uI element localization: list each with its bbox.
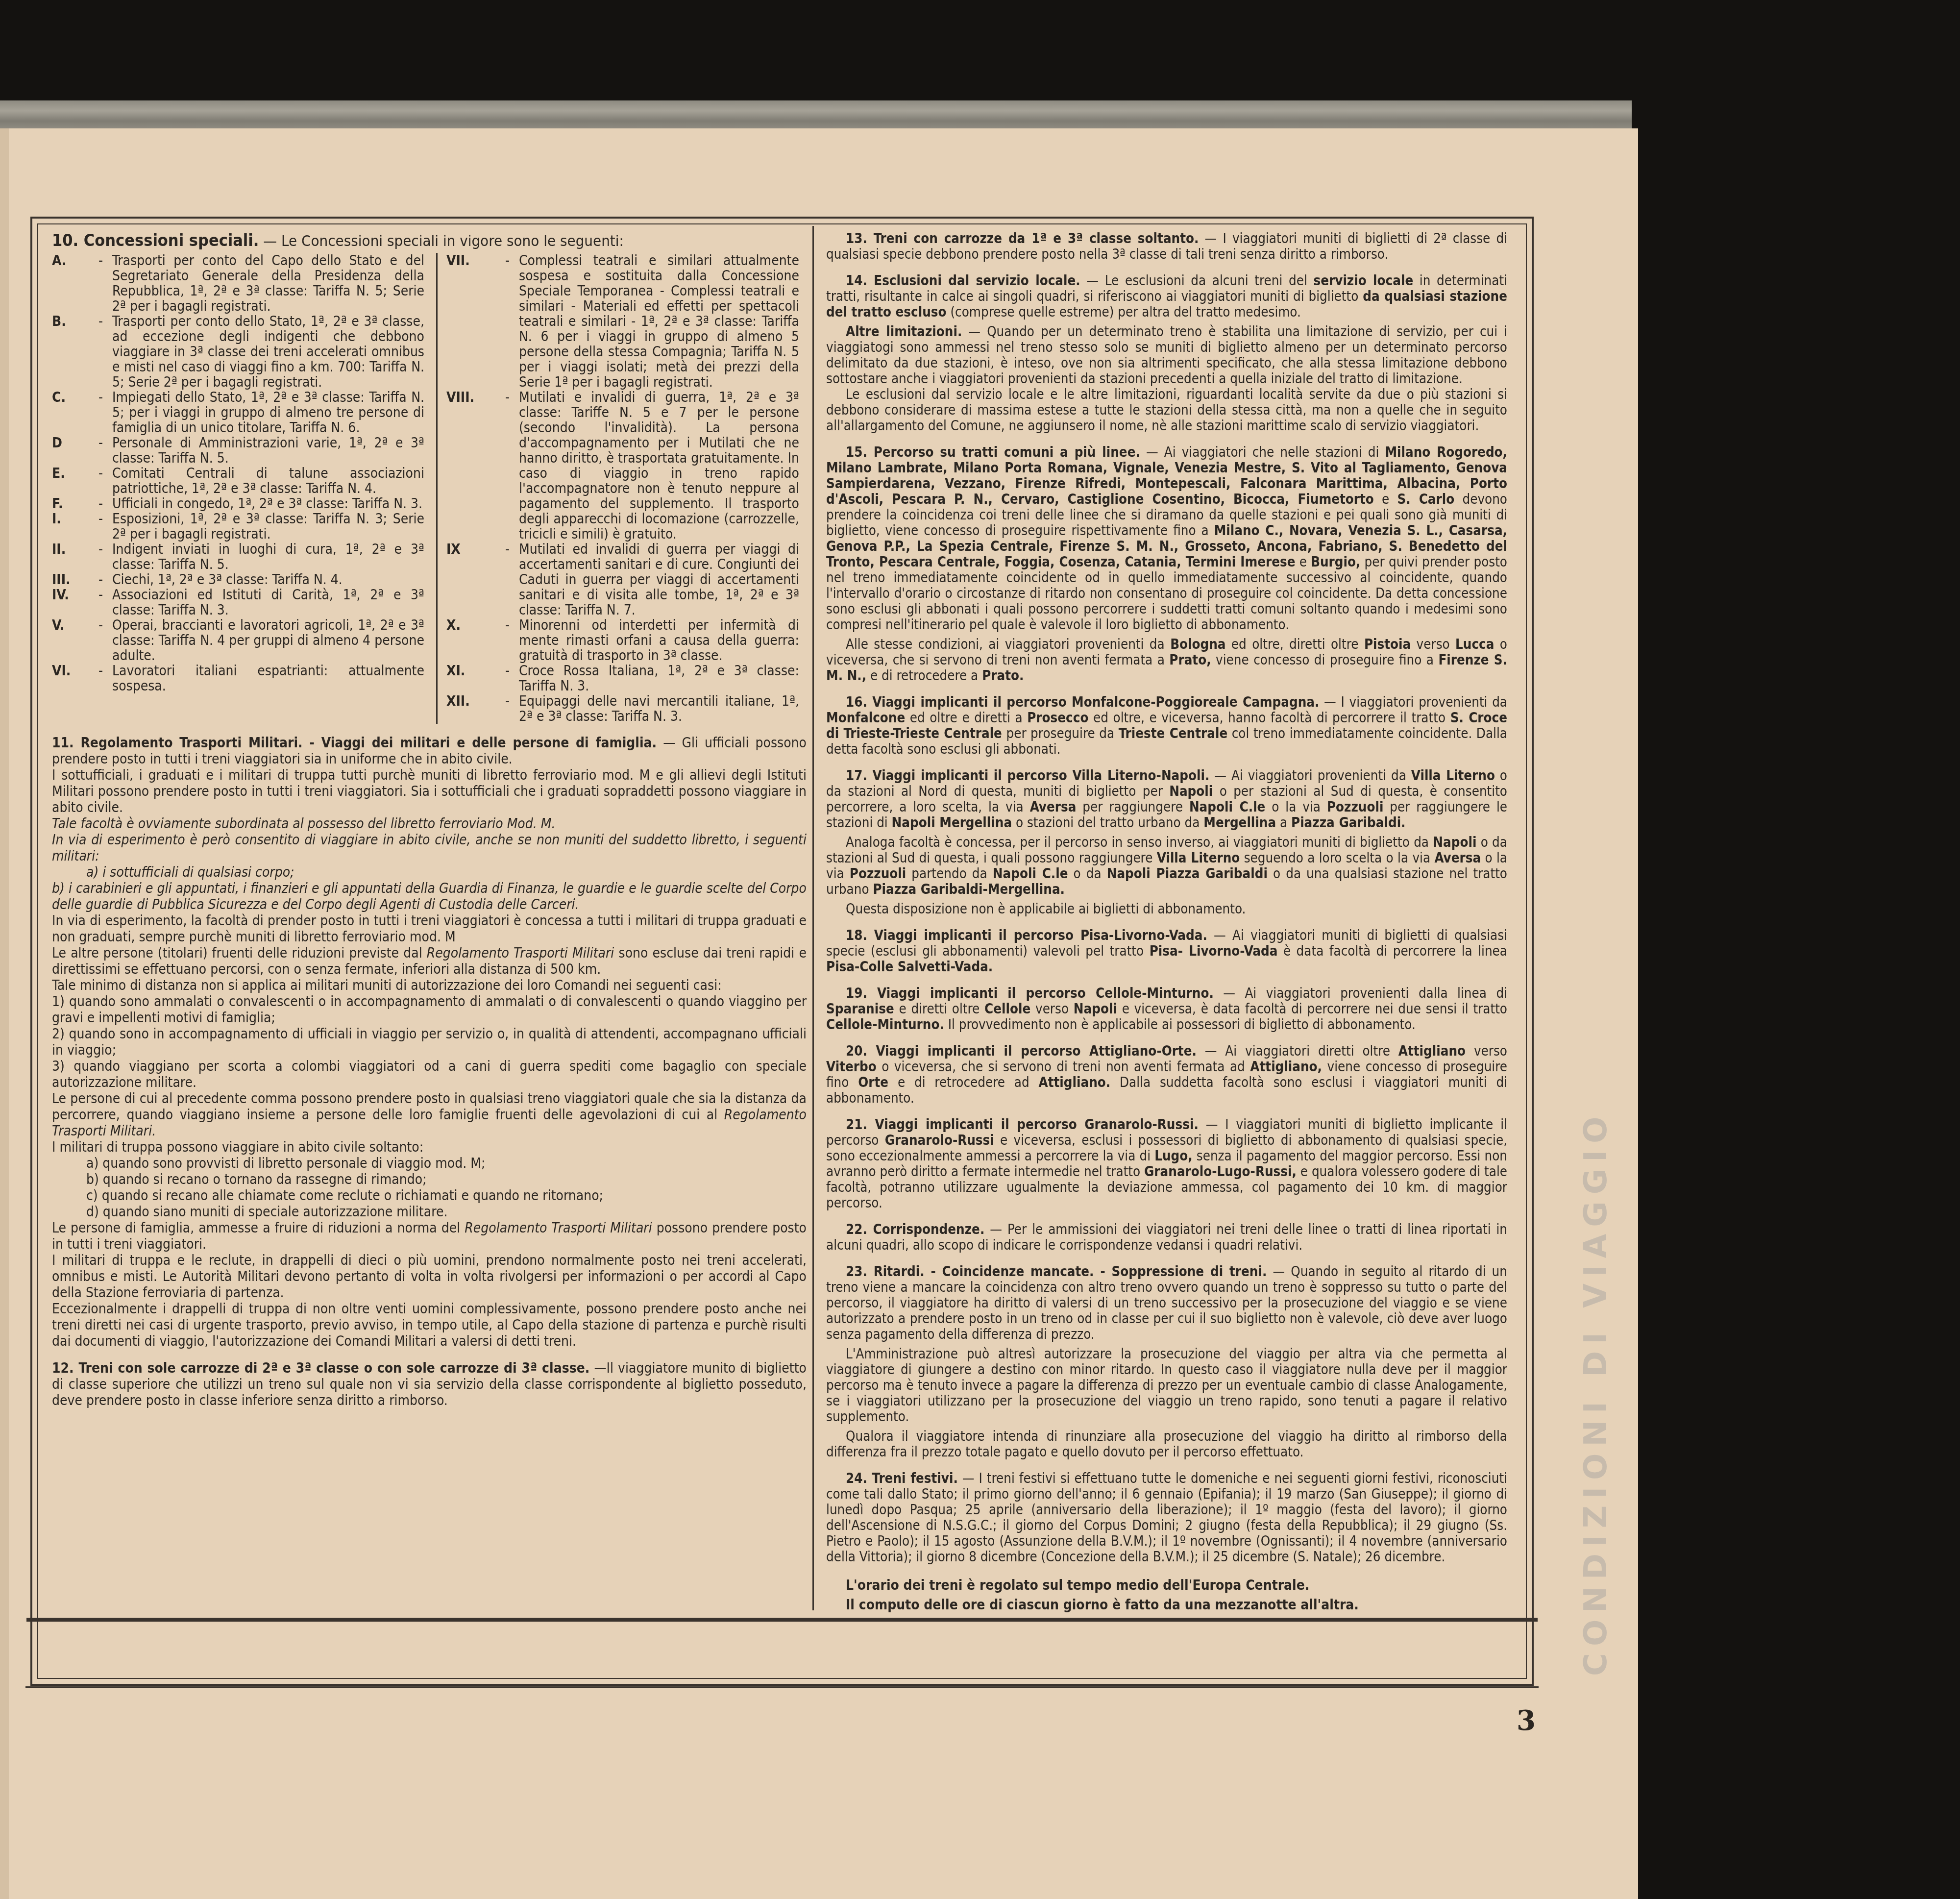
text-bold: S. Carlo [1397,492,1455,507]
text: e viceversa, è data facoltà di percorrer… [1117,1001,1507,1017]
section-15-p2: Alle stesse condizioni, ai viaggiatori p… [826,637,1507,684]
text-bold: Viterbo [826,1059,877,1075]
item-key: X. [446,617,505,663]
item-key: VIII. [446,390,505,542]
item-key: II. [52,542,98,572]
section-11-p10: Le persone di famiglia, ammesse a fruire… [52,1220,807,1252]
item-key: A. [52,253,98,314]
text: — I viaggiatori provenienti da [1324,694,1507,710]
text-bold: Mergellina [1203,815,1276,831]
text: ed oltre, diretti oltre [1225,637,1364,652]
text-bold: Piazza Garibaldi. [1291,815,1406,831]
section-20: 20. Viaggi implicanti il percorso Attigl… [826,1043,1507,1106]
text: — Ai viaggiatori provenienti dalla linea… [1223,986,1507,1001]
item-key: VI. [52,663,98,693]
item-text: Operai, braccianti e lavoratori agricoli… [112,617,424,663]
item-dash: - [505,617,519,663]
text: Alle stesse condizioni, ai viaggiatori p… [846,637,1170,652]
item-dash: - [505,542,519,617]
item-key: F. [52,496,98,511]
spacer [826,1460,1507,1471]
text: a [1276,815,1291,831]
section-11-title: 11. Regolamento Trasporti Militari. - Vi… [52,735,657,751]
concessions-list: A.-Trasporti per conto del Capo dello St… [52,253,807,724]
text: ed oltre, e viceversa, hanno facoltà di … [1088,710,1450,726]
item-key: D [52,435,98,466]
frame-bottom-double-rule [25,1686,1539,1691]
text: e [1374,492,1397,507]
concession-item: A.-Trasporti per conto del Capo dello St… [52,253,424,314]
section-21-title: 21. Viaggi implicanti il percorso Granar… [846,1117,1199,1133]
section-11-p4a: a) i sottufficiali di qualsiasi corpo; [52,864,807,880]
section-22: 22. Corrispondenze. — Per le ammissioni … [826,1222,1507,1253]
item-key: I. [52,511,98,542]
item-dash: - [98,253,112,314]
text: seguendo a loro scelta o la via [1240,850,1434,866]
text: o stazioni del tratto urbano da [1012,815,1203,831]
section-22-title: 22. Corrispondenze. [846,1222,984,1237]
text-bold: Orte [858,1075,888,1090]
text: o la via [1265,799,1326,815]
section-11-p9c: c) quando si recano alle chiamate come r… [52,1187,807,1204]
spacer [826,262,1507,273]
section-11-case-3: 3) quando viaggiano per scorta a colombi… [52,1058,807,1090]
text-bold: Pozzuoli [1327,799,1383,815]
spacer [52,724,807,735]
text-bold: Napoli Mergellina [892,815,1012,831]
text: Il provvedimento non è applicabile ai po… [944,1017,1416,1033]
concession-item: D-Personale di Amministrazioni varie, 1ª… [52,435,424,466]
concessions-right: VII.-Complessi teatrali e similari attua… [436,253,799,724]
section-18-title: 18. Viaggi implicanti il percorso Pisa-L… [846,928,1207,943]
text-bold: Granarolo-Russi [885,1133,994,1148]
section-24: 24. Treni festivi. — I treni festivi si … [826,1471,1507,1565]
text: viene concesso di proseguire fino a [1211,652,1439,668]
text: verso [1030,1001,1074,1017]
section-11-p2: I sottufficiali, i graduati e i militari… [52,767,807,815]
item-key: VII. [446,253,505,390]
item-text: Equipaggi delle navi mercantili italiane… [519,693,799,724]
concession-item: XII.-Equipaggi delle navi mercantili ita… [446,693,799,724]
section-11-p7: Tale minimo di distanza non si applica a… [52,977,807,993]
spacer [52,1349,807,1360]
item-key: B. [52,314,98,390]
concession-item: VI.-Lavoratori italiani espatrianti: att… [52,663,424,693]
item-dash: - [505,693,519,724]
item-text: Indigent inviati in luoghi di cura, 1ª, … [112,542,424,572]
text-bold: Cellole [984,1001,1030,1017]
text-bold: Monfalcone [826,710,905,726]
closing-line-1: L'orario dei treni è regolato sul tempo … [826,1576,1507,1595]
section-11-p4b: b) i carabinieri e gli appuntati, i fina… [52,880,807,913]
section-17-title: 17. Viaggi implicanti il percorso Villa … [846,768,1209,784]
text-bold: Napoli [1074,1001,1117,1017]
text-bold: Villa Literno [1411,768,1495,784]
section-23: 23. Ritardi. - Coincidenze mancate. - So… [826,1264,1507,1342]
text: e di retrocedere ad [888,1075,1038,1090]
altre-limitazioni: Altre limitazioni. — Quando per un deter… [826,324,1507,387]
text: (comprese quelle estreme) per altra del … [947,304,1301,320]
text-bold: Prato, [1169,652,1211,668]
item-text: Ciechi, 1ª, 2ª e 3ª classe: Tariffa N. 4… [112,572,424,587]
section-14: 14. Esclusioni dal servizio locale. — Le… [826,273,1507,320]
text: ed oltre e diretti a [905,710,1027,726]
spacer [826,684,1507,694]
section-11-p3: Tale facoltà è ovviamente subordinata al… [52,815,807,832]
text-bold: Pozzuoli [850,866,906,882]
text-bold: Attigliano, [1250,1059,1322,1075]
text: — Le esclusioni da alcuni treni del [1086,273,1313,289]
item-dash: - [98,587,112,617]
text: o da [1068,866,1106,882]
concession-item: VII.-Complessi teatrali e similari attua… [446,253,799,390]
text: è data facoltà di percorrere la linea [1277,943,1507,959]
item-dash: - [98,314,112,390]
text-bold: Sparanise [826,1001,894,1017]
text-bold: Villa Literno [1157,850,1240,866]
item-text: Minorenni od interdetti per infermità di… [519,617,799,663]
text: e diretti oltre [894,1001,984,1017]
text-bold: Bologna [1170,637,1225,652]
text-bold: Attigliano [1398,1043,1466,1059]
section-23-p3: Qualora il viaggiatore intenda di rinunz… [826,1429,1507,1460]
section-11-case-2: 2) quando sono in accompagnamento di uff… [52,1026,807,1058]
section-11-p9: I militari di truppa possono viaggiare i… [52,1139,807,1155]
text: verso [1411,637,1455,652]
item-dash: - [98,617,112,663]
text-bold: Cellole-Minturno. [826,1017,944,1033]
spacer [826,917,1507,928]
concession-item: VIII.-Mutilati e invalidi di guerra, 1ª,… [446,390,799,542]
text-bold: Pistoia [1364,637,1411,652]
text: e [1295,554,1311,570]
spacer [826,1033,1507,1043]
page-number: 3 [1517,1704,1536,1737]
item-text: Impiegati dello Stato, 1ª, 2ª e 3ª class… [112,390,424,435]
item-text: Mutilati ed invalidi di guerra per viagg… [519,542,799,617]
item-text: Trasporti per conto dello Stato, 1ª, 2ª … [112,314,424,390]
text: per raggiungere [1076,799,1189,815]
bottom-rule [26,1618,1538,1622]
section-11-p12: Eccezionalmente i drappelli di truppa di… [52,1301,807,1349]
section-15: 15. Percorso su tratti comuni a più line… [826,444,1507,633]
closing-line-2: Il computo delle ore di ciascun giorno è… [826,1595,1507,1615]
section-11-p5: In via di esperimento, la facoltà di pre… [52,913,807,945]
section-11-p8: Le persone di cui al precedente comma po… [52,1090,807,1139]
concession-item: XI.-Croce Rossa Italiana, 1ª, 2ª e 3ª cl… [446,663,799,693]
altre-limitazioni-title: Altre limitazioni. [846,324,962,340]
spacer [826,1253,1507,1264]
spacer [826,434,1507,444]
section-16: 16. Viaggi implicanti il percorso Monfal… [826,694,1507,757]
spacer [826,757,1507,768]
section-11: 11. Regolamento Trasporti Militari. - Vi… [52,735,807,1349]
section-11-case-1: 1) quando sono ammalati o convalescenti … [52,993,807,1026]
item-key: E. [52,466,98,496]
section-23-title: 23. Ritardi. - Coincidenze mancate. - So… [846,1264,1267,1280]
concession-item: E.-Comitati Centrali di talune associazi… [52,466,424,496]
section-10-title: 10. Concessioni speciali. [52,231,259,250]
concessions-left: A.-Trasporti per conto del Capo dello St… [52,253,424,724]
item-dash: - [98,466,112,496]
section-19: 19. Viaggi implicanti il percorso Cellol… [826,986,1507,1033]
text: — Ai viaggiatori diretti oltre [1205,1043,1398,1059]
section-11-p11: I militari di truppa e le reclute, in dr… [52,1252,807,1301]
left-column: 10. Concessioni speciali. — Le Concessio… [52,231,807,1408]
section-13: 13. Treni con carrozze da 1ª e 3ª classe… [826,231,1507,262]
item-text: Mutilati e invalidi di guerra, 1ª, 2ª e … [519,390,799,542]
text: verso [1466,1043,1507,1059]
text-bold: Aversa [1030,799,1077,815]
text-bold: Napoli C.le [993,866,1068,882]
item-text: Esposizioni, 1ª, 2ª e 3ª classe: Tariffa… [112,511,424,542]
section-17-p2: Analoga facoltà è concessa, per il perco… [826,835,1507,897]
item-dash: - [98,496,112,511]
bleed-through-text: CONDIZIONI DI VIAGGIO [1578,255,1607,1676]
spacer [826,975,1507,986]
section-10-heading: 10. Concessioni speciali. — Le Concessio… [52,231,807,251]
text-italic: Regolamento Trasporti Militari [465,1220,652,1236]
item-text: Comitati Centrali di talune associazioni… [112,466,424,496]
book-background [1638,128,1960,1899]
text-bold: Trieste Centrale [1119,726,1228,741]
section-15-title: 15. Percorso su tratti comuni a più line… [846,444,1140,460]
section-10-intro: — Le Concessioni speciali in vigore sono… [263,232,624,250]
text-bold: Napoli [1169,784,1213,799]
spacer [826,1106,1507,1117]
item-dash: - [98,663,112,693]
text-bold: Napoli Piazza Garibaldi [1107,866,1268,882]
text: per proseguire da [1002,726,1119,741]
concession-item: V.-Operai, braccianti e lavoratori agric… [52,617,424,663]
section-12-title: 12. Treni con sole carrozze di 2ª e 3ª c… [52,1360,589,1376]
text-bold: Aversa [1434,850,1481,866]
text-bold: Pisa-Colle Salvetti-Vada. [826,959,993,975]
section-11-p9a: a) quando sono provvisti di libretto per… [52,1155,807,1171]
text-bold: Prato. [982,668,1024,684]
item-dash: - [98,390,112,435]
concession-item: X.-Minorenni od interdetti per infermità… [446,617,799,663]
item-text: Associazioni ed Istituti di Carità, 1ª, … [112,587,424,617]
item-key: III. [52,572,98,587]
spacer [826,1565,1507,1576]
concession-item: IV.-Associazioni ed Istituti di Carità, … [52,587,424,617]
item-text: Lavoratori italiani espatrianti: attualm… [112,663,424,693]
item-text: Personale di Amministrazioni varie, 1ª, … [112,435,424,466]
item-text: Ufficiali in congedo, 1ª, 2ª e 3ª classe… [112,496,424,511]
concession-item: III.-Ciechi, 1ª, 2ª e 3ª classe: Tariffa… [52,572,424,587]
item-dash: - [98,542,112,572]
item-key: C. [52,390,98,435]
section-19-title: 19. Viaggi implicanti il percorso Cellol… [846,986,1214,1001]
section-20-title: 20. Viaggi implicanti il percorso Attigl… [846,1043,1197,1059]
section-17: 17. Viaggi implicanti il percorso Villa … [826,768,1507,831]
item-dash: - [98,511,112,542]
section-12: 12. Treni con sole carrozze di 2ª e 3ª c… [52,1360,807,1408]
section-13-title: 13. Treni con carrozze da 1ª e 3ª classe… [846,231,1199,247]
section-18: 18. Viaggi implicanti il percorso Pisa-L… [826,928,1507,975]
text: e di retrocedere a [866,668,982,684]
text-bold: Napoli [1433,835,1476,850]
section-21: 21. Viaggi implicanti il percorso Granar… [826,1117,1507,1211]
text: partendo da [906,866,993,882]
item-key: XII. [446,693,505,724]
text-bold: Attigliano. [1039,1075,1111,1090]
item-dash: - [98,572,112,587]
text-frame: 10. Concessioni speciali. — Le Concessio… [30,217,1534,1686]
section-14-title: 14. Esclusioni dal servizio locale. [846,273,1080,289]
section-23-p2: L'Amministrazione può altresì autorizzar… [826,1346,1507,1425]
item-text: Trasporti per conto del Capo dello Stato… [112,253,424,314]
concession-item: C.-Impiegati dello Stato, 1ª, 2ª e 3ª cl… [52,390,424,435]
text-bold: Piazza Garibaldi-Mergellina. [873,882,1065,897]
text: Analoga facoltà è concessa, per il perco… [846,835,1433,850]
item-key: IV. [52,587,98,617]
concession-item: II.-Indigent inviati in luoghi di cura, … [52,542,424,572]
text: — Ai viaggiatori che nelle stazioni di [1146,444,1385,460]
section-24-title: 24. Treni festivi. [846,1471,958,1486]
item-dash: - [505,663,519,693]
text-bold: Burgio, [1311,554,1360,570]
item-key: V. [52,617,98,663]
text-bold: Lugo, [1154,1148,1193,1164]
text-bold: Lucca [1455,637,1494,652]
concession-item: IX-Mutilati ed invalidi di guerra per vi… [446,542,799,617]
section-11-p9b: b) quando si recano o tornano da rassegn… [52,1171,807,1187]
item-text: Croce Rossa Italiana, 1ª, 2ª e 3ª classe… [519,663,799,693]
text: o viceversa, che si servono di treni non… [877,1059,1250,1075]
item-key: IX [446,542,505,617]
text-bold: Prosecco [1027,710,1088,726]
text-bold: Napoli C.le [1189,799,1266,815]
item-key: XI. [446,663,505,693]
text-bold: servizio locale [1314,273,1414,289]
section-11-p6: Le altre persone (titolari) fruenti dell… [52,945,807,977]
text-bold: Granarolo-Lugo-Russi, [1144,1164,1297,1180]
text: Le persone di cui al precedente comma po… [52,1090,807,1123]
item-text: Complessi teatrali e similari attualment… [519,253,799,390]
section-16-title: 16. Viaggi implicanti il percorso Monfal… [846,694,1319,710]
section-11-p4: In via di esperimento è però consentito … [52,832,807,864]
section-11-p9d: d) quando siano muniti di speciale autor… [52,1204,807,1220]
concession-item: I.-Esposizioni, 1ª, 2ª e 3ª classe: Tari… [52,511,424,542]
concession-item: F.-Ufficiali in congedo, 1ª, 2ª e 3ª cla… [52,496,424,511]
spacer [826,1211,1507,1222]
item-dash: - [505,253,519,390]
column-divider [812,226,814,1610]
section-14-p2: Le esclusioni dal servizio locale e le a… [826,387,1507,434]
text: Le altre persone (titolari) fruenti dell… [52,945,427,961]
text-italic: Regolamento Trasporti Militari [427,945,614,961]
item-dash: - [98,435,112,466]
item-dash: - [505,390,519,542]
text: — Ai viaggiatori provenienti da [1214,768,1411,784]
text-bold: Pisa- Livorno-Vada [1150,943,1278,959]
right-column: 13. Treni con carrozze da 1ª e 3ª classe… [826,231,1507,1615]
section-17-p3: Questa disposizione non è applicabile ai… [826,901,1507,917]
text: Le persone di famiglia, ammesse a fruire… [52,1220,465,1236]
concession-item: B.-Trasporti per conto dello Stato, 1ª, … [52,314,424,390]
